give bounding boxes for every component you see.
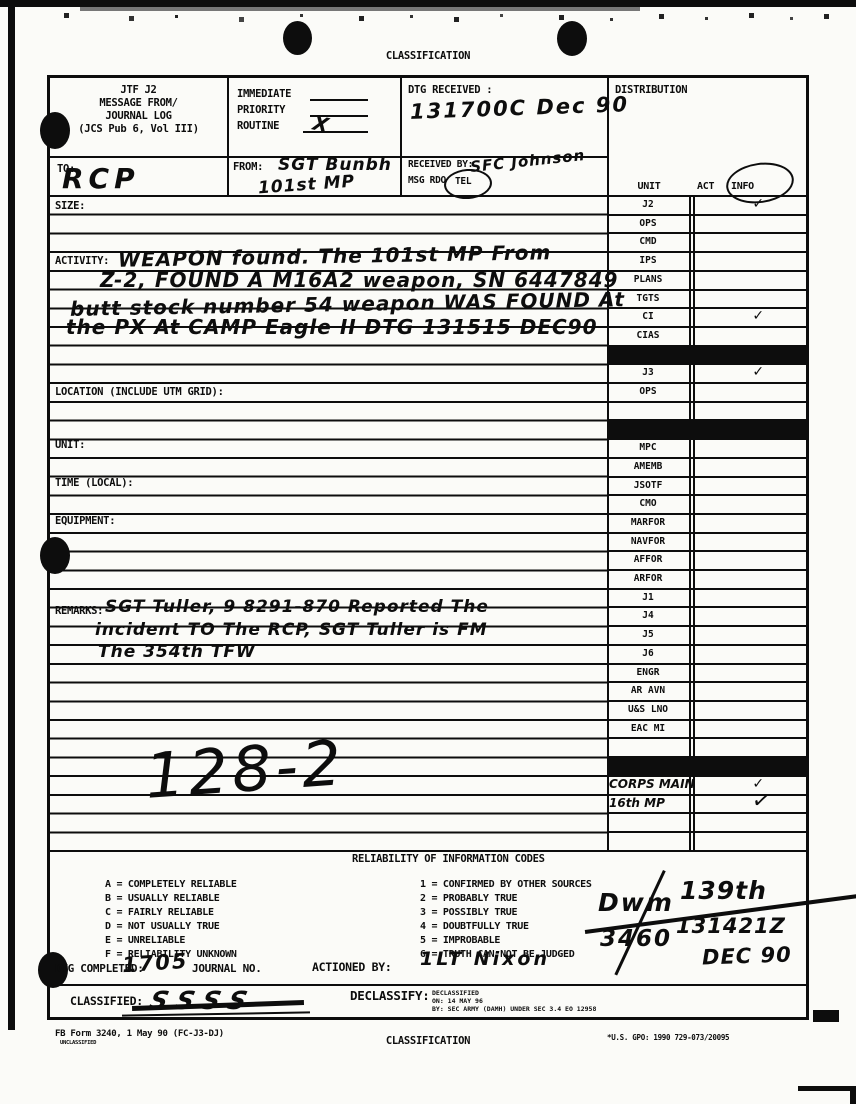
- distribution-unit: J1: [607, 590, 691, 607]
- distribution-mark-cell: [691, 534, 809, 551]
- distribution-unit: J5: [607, 627, 691, 644]
- classified-scrawl: SSSS: [146, 986, 259, 1015]
- distribution-row: J3✓: [607, 365, 809, 384]
- distribution-unit: J3: [607, 365, 691, 382]
- distribution-unit: MARFOR: [607, 515, 691, 532]
- distribution-row: OPS: [607, 384, 809, 403]
- activity-label: ACTIVITY:: [55, 255, 109, 267]
- dtg-received-label: DTG RECEIVED :: [408, 84, 492, 96]
- distribution-row: TGTS: [607, 291, 809, 310]
- distribution-mark-cell: [691, 515, 809, 532]
- distribution-row: OPS: [607, 216, 809, 235]
- dtg-completed-value: 1705: [121, 949, 189, 978]
- distribution-unit: CMD: [607, 234, 691, 251]
- distribution-mark-cell: [691, 234, 809, 251]
- distribution-row: AFFOR: [607, 552, 809, 571]
- distribution-unit: J4: [607, 608, 691, 625]
- checkmark: ✓: [752, 196, 764, 212]
- distribution-unit: [607, 814, 691, 831]
- actioned-by-label: ACTIONED BY:: [312, 960, 391, 974]
- distribution-unit: [607, 739, 691, 756]
- reliability-code: A = COMPLETELY RELIABLE: [105, 878, 237, 892]
- distribution-mark-cell: [691, 272, 809, 289]
- equipment-label: EQUIPMENT:: [55, 515, 115, 527]
- distribution-mark-cell: [691, 646, 809, 663]
- checkmark: ✓: [752, 364, 764, 380]
- distribution-row: PLANS: [607, 272, 809, 291]
- distribution-mark-cell: [691, 459, 809, 476]
- distribution-row: CMO: [607, 496, 809, 515]
- remarks-handwriting-line1: SGT Tuller, 9 8291-870 Reported The: [105, 597, 489, 617]
- distribution-unit: OPS: [607, 216, 691, 233]
- declassify-stamp: DECLASSIFIED ON: 14 MAY 96 BY: SEC ARMY …: [432, 990, 596, 1013]
- scan-mark-right: [813, 1010, 839, 1022]
- distribution-row: NAVFOR: [607, 534, 809, 553]
- distribution-mark-cell: ✓: [691, 197, 809, 214]
- form-title-line2: MESSAGE FROM/: [50, 97, 227, 110]
- distribution-row: [607, 814, 809, 833]
- gpo-line: *U.S. GPO: 1990 729-073/20095: [607, 1033, 729, 1042]
- remarks-handwriting-line2: incident TO The RCP, SGT Tuller is FM: [95, 620, 488, 640]
- distribution-separator: [607, 347, 809, 366]
- unit-field-label: UNIT:: [55, 439, 85, 451]
- distribution-separator: [607, 421, 809, 440]
- from-label: FROM:: [233, 161, 263, 173]
- distribution-unit: U&S LNO: [607, 702, 691, 719]
- msg-channel-label: MSG RDO: [408, 175, 446, 186]
- distribution-mark-cell: [691, 478, 809, 495]
- scan-corner-mark-h: [798, 1086, 856, 1091]
- checkmark: ✓: [752, 308, 764, 324]
- declassify-label: DECLASSIFY:: [350, 988, 429, 1003]
- distribution-mark-cell: [691, 291, 809, 308]
- distribution-unit: JSOTF: [607, 478, 691, 495]
- distribution-row: CIAS: [607, 328, 809, 347]
- routing-unit: 139th: [680, 876, 767, 905]
- reliability-code: 4 = DOUBTFULLY TRUE: [420, 920, 592, 934]
- routine-label: ROUTINE: [237, 120, 279, 132]
- distribution-row: 16th MP✓: [607, 796, 809, 815]
- distribution-mark-cell: [691, 721, 809, 738]
- distribution-unit: 16th MP: [607, 796, 691, 813]
- distribution-rows: J2✓OPSCMDIPSPLANSTGTSCI✓CIASJ3✓OPSMPCAME…: [607, 197, 809, 852]
- distribution-row: J5: [607, 627, 809, 646]
- distribution-row: [607, 739, 809, 758]
- priority-label: PRIORITY: [237, 104, 285, 116]
- distribution-unit: AFFOR: [607, 552, 691, 569]
- distribution-row: J2✓: [607, 197, 809, 216]
- distribution-unit: ARFOR: [607, 571, 691, 588]
- reliability-code: 5 = IMPROBABLE: [420, 934, 592, 948]
- form-title-line3: JOURNAL LOG: [50, 110, 227, 123]
- checkmark: ✓: [750, 787, 772, 815]
- distribution-row: [607, 833, 809, 852]
- distribution-row: U&S LNO: [607, 702, 809, 721]
- time-label: TIME (LOCAL):: [55, 477, 133, 489]
- reliability-code: 1 = CONFIRMED BY OTHER SOURCES: [420, 878, 592, 892]
- distribution-row: JSOTF: [607, 478, 809, 497]
- reliability-code: D = NOT USUALLY TRUE: [105, 920, 237, 934]
- distribution-mark-cell: ✓: [691, 796, 809, 813]
- distribution-mark-cell: [691, 683, 809, 700]
- distribution-unit: J6: [607, 646, 691, 663]
- distribution-mark-cell: ✓: [691, 365, 809, 382]
- distribution-unit: CI: [607, 309, 691, 326]
- distribution-row: J6: [607, 646, 809, 665]
- journal-entry-number: 128-2: [143, 726, 348, 813]
- distribution-unit: [607, 403, 691, 420]
- to-value: RCP: [62, 162, 140, 195]
- distribution-mark-cell: [691, 253, 809, 270]
- form-title-line1: JTF J2: [50, 84, 227, 97]
- divider-v2: [400, 78, 402, 197]
- classification-header: CLASSIFICATION: [0, 50, 856, 62]
- distribution-mark-cell: [691, 440, 809, 457]
- activity-handwriting-line4: the PX At CAMP Eagle II DTG 131515 DEC90: [66, 315, 598, 339]
- reliability-code: 3 = POSSIBLY TRUE: [420, 906, 592, 920]
- remarks-handwriting-line3: The 354th TFW: [98, 642, 256, 662]
- scan-edge-left: [8, 5, 15, 1030]
- distribution-unit: TGTS: [607, 291, 691, 308]
- distribution-mark-cell: [691, 496, 809, 513]
- distribution-unit: NAVFOR: [607, 534, 691, 551]
- distribution-unit: OPS: [607, 384, 691, 401]
- distribution-unit: IPS: [607, 253, 691, 270]
- distribution-unit: MPC: [607, 440, 691, 457]
- distribution-mark-cell: [691, 739, 809, 756]
- immediate-label: IMMEDIATE: [237, 88, 291, 100]
- distribution-row: AR AVN: [607, 683, 809, 702]
- reliability-title: RELIABILITY OF INFORMATION CODES: [352, 853, 545, 865]
- distribution-mark-cell: [691, 665, 809, 682]
- distribution-unit: AR AVN: [607, 683, 691, 700]
- scan-corner-mark-v: [850, 1086, 856, 1104]
- scanned-journal-log-form: CLASSIFICATION JTF J2 MESSAGE FROM/ JOUR…: [0, 0, 856, 1104]
- distribution-unit: EAC MI: [607, 721, 691, 738]
- distribution-row: AMEMB: [607, 459, 809, 478]
- actioned-by-value: 1LT Nixon: [420, 948, 550, 970]
- distribution-mark-cell: [691, 833, 809, 850]
- distribution-mark-cell: ✓: [691, 309, 809, 326]
- distribution-mark-cell: [691, 571, 809, 588]
- distribution-unit: AMEMB: [607, 459, 691, 476]
- distribution-row: [607, 403, 809, 422]
- reliability-code: B = USUALLY RELIABLE: [105, 892, 237, 906]
- scan-edge-top-fade: [80, 7, 640, 11]
- distribution-mark-cell: ✓: [691, 777, 809, 794]
- distribution-mark-cell: [691, 403, 809, 420]
- distribution-mark-cell: [691, 627, 809, 644]
- divider-unit-mark: [693, 197, 695, 852]
- remarks-label: REMARKS:: [55, 605, 103, 617]
- distribution-mark-cell: [691, 216, 809, 233]
- distribution-unit: ENGR: [607, 665, 691, 682]
- routing-initials: Dwm: [598, 888, 674, 917]
- distribution-unit: CMO: [607, 496, 691, 513]
- immediate-blank-line: [310, 99, 368, 101]
- reliability-code: 2 = PROBABLY TRUE: [420, 892, 592, 906]
- distribution-row: J1: [607, 590, 809, 609]
- distribution-unit: CIAS: [607, 328, 691, 345]
- distribution-unit: CORPS MAIN: [607, 777, 691, 794]
- reliability-code: E = UNRELIABLE: [105, 934, 237, 948]
- location-label: LOCATION (INCLUDE UTM GRID):: [55, 386, 224, 398]
- distribution-mark-cell: [691, 814, 809, 831]
- distribution-mark-cell: [691, 702, 809, 719]
- unit-column-label: UNIT: [607, 181, 691, 192]
- declassify-stamp-line3: BY: SEC ARMY (DAMH) UNDER SEC 3.4 EO 129…: [432, 1006, 596, 1014]
- journal-no-label: JOURNAL NO.: [192, 962, 262, 975]
- distribution-unit: J2: [607, 197, 691, 214]
- distribution-row: ARFOR: [607, 571, 809, 590]
- distribution-unit: [607, 833, 691, 850]
- distribution-mark-cell: [691, 608, 809, 625]
- divider-v1: [227, 78, 229, 197]
- distribution-mark-cell: [691, 552, 809, 569]
- distribution-mark-cell: [691, 384, 809, 401]
- scan-speckles: [0, 12, 3, 15]
- distribution-row: MPC: [607, 440, 809, 459]
- routing-dtg-month: DEC 90: [702, 942, 793, 969]
- act-column-label: ACT: [697, 181, 714, 192]
- distribution-row: J4: [607, 608, 809, 627]
- distribution-separator: [607, 758, 809, 777]
- form-title-line4: (JCS Pub 6, Vol III): [50, 123, 227, 136]
- form-title-block: JTF J2 MESSAGE FROM/ JOURNAL LOG (JCS Pu…: [50, 84, 227, 136]
- distribution-row: CMD: [607, 234, 809, 253]
- distribution-row: CORPS MAIN✓: [607, 777, 809, 796]
- distribution-row: EAC MI: [607, 721, 809, 740]
- distribution-row: CI✓: [607, 309, 809, 328]
- distribution-label: DISTRIBUTION: [615, 84, 687, 96]
- distribution-mark-cell: [691, 328, 809, 345]
- distribution-row: MARFOR: [607, 515, 809, 534]
- distribution-mark-cell: [691, 590, 809, 607]
- distribution-row: ENGR: [607, 665, 809, 684]
- distribution-unit: PLANS: [607, 272, 691, 289]
- size-label: SIZE:: [55, 200, 85, 212]
- reliability-code: C = FAIRLY RELIABLE: [105, 906, 237, 920]
- distribution-row: IPS: [607, 253, 809, 272]
- scan-edge-top: [0, 0, 856, 7]
